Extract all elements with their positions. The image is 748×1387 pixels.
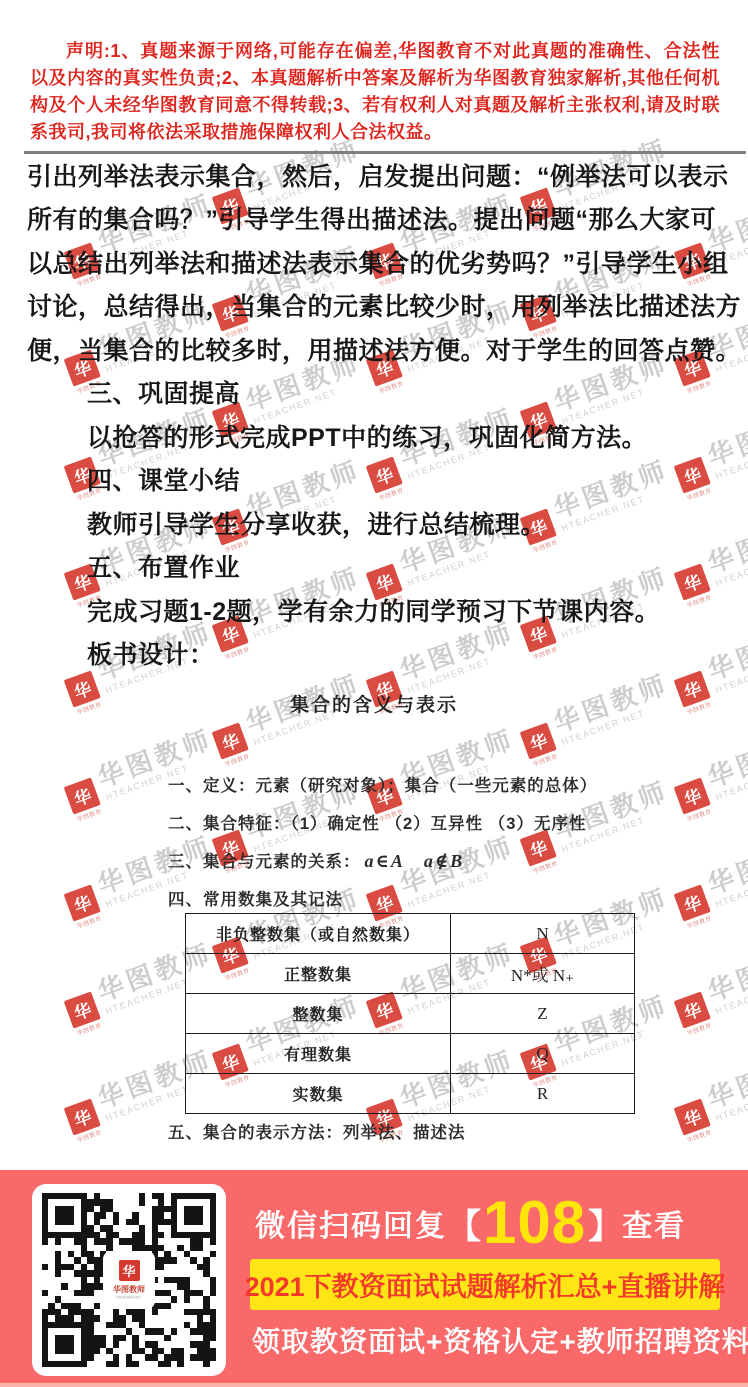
logo-glyph: 华 (122, 1261, 135, 1280)
board-item: 四、常用数集及其记法 (168, 879, 597, 917)
watermark-domain: HTEACHER.NET (714, 859, 748, 909)
watermark-logo-icon: 华华图教育 (674, 777, 715, 824)
huatu-logo-icon: 华 (119, 1260, 140, 1281)
board-list: 一、定义：元素（研究对象）；集合（一些元素的总体） 二、集合特征：（1）确定性 … (168, 765, 597, 917)
set-symbol-cell: Z (451, 994, 635, 1034)
set-symbol-cell: N*或 N₊ (451, 954, 635, 994)
watermark-tile: 华华图教育华图教师HTEACHER.NET (533, 721, 689, 769)
banner-line3: 领取教资面试+资格认定+教师招聘资料 (252, 1320, 748, 1360)
table-row: 实数集 R (186, 1074, 635, 1114)
set-symbol-cell: Q (451, 1034, 635, 1074)
document-page: 华华图教育华图教师HTEACHER.NET华华图教育华图教师HTEACHER.N… (0, 0, 748, 1387)
promo-banner: 华 华图教师 HTEACHER.NET 微信扫码回复 【 108 】 查看 20… (0, 1170, 748, 1387)
banner-line1-suffix: 查看 (622, 1201, 686, 1245)
watermark-logo-icon: 华华图教育 (674, 991, 715, 1038)
set-name-cell: 有理数集 (186, 1034, 451, 1074)
board-item: 一、定义：元素（研究对象）；集合（一些元素的总体） (168, 765, 597, 803)
watermark-logo-icon: 华华图教育 (520, 722, 561, 769)
watermark-tile: 华华图教育华图教师HTEACHER.NET (687, 883, 748, 931)
watermark-logo-icon: 华华图教育 (674, 884, 715, 931)
board-design-label: 板书设计： (27, 632, 727, 676)
body-line: 完成习题1-2题，学有余力的同学预习下节课内容。 (27, 588, 727, 632)
board-item: 三、集合与元素的关系：a∈A a∉B (168, 841, 597, 879)
bracket-close: 】 (588, 1199, 622, 1248)
watermark-logo-icon: 华华图教育 (212, 722, 253, 769)
watermark-brand: 华图教师 (704, 726, 748, 791)
banner-line1: 微信扫码回复 【 108 】 查看 (255, 1190, 686, 1256)
table-row: 非负整数集（或自然数集） N (186, 914, 635, 954)
set-name-cell: 整数集 (186, 994, 451, 1034)
set-symbol-cell: R (451, 1074, 635, 1114)
lesson-body: 引出列举法表示集合，然后，启发提出问题：“例举法可以表示 所有的集合吗？”引导学… (27, 153, 727, 675)
qr-logo-domain: HTEACHER.NET (117, 1296, 142, 1300)
watermark-domain: HTEACHER.NET (714, 752, 748, 802)
body-line: 教师引导学生分享收获，进行总结梳理。 (27, 501, 727, 545)
watermark-tile: 华华图教育华图教师HTEACHER.NET (225, 721, 381, 769)
table-row: 整数集 Z (186, 994, 635, 1034)
table-row: 正整数集 N*或 N₊ (186, 954, 635, 994)
reply-code: 108 (483, 1193, 586, 1253)
section-heading: 五、布置作业 (27, 545, 727, 589)
body-line: 引出列举法表示集合，然后，启发提出问题：“例举法可以表示 (27, 153, 727, 197)
bracket-open: 【 (447, 1199, 481, 1248)
set-symbol-cell: N (451, 914, 635, 954)
body-line: 便，当集合的比较多时，用描述法方便。对于学生的回答点赞。 (27, 327, 727, 371)
disclaimer-text: 声明:1、真题来源于网络,可能存在偏差,华图教育不对此真题的准确性、合法性以及内… (30, 38, 720, 146)
qr-logo-brand: 华图教师 (113, 1284, 145, 1295)
board-title: 集合的含义与表示 (0, 690, 748, 717)
qr-center-logo: 华 华图教师 HTEACHER.NET (105, 1253, 153, 1307)
watermark-logo-icon: 华华图教育 (64, 884, 105, 931)
watermark-brand: 华图教师 (704, 1047, 748, 1112)
watermark-logo-icon: 华华图教育 (674, 1098, 715, 1145)
watermark-brand: 华图教师 (704, 940, 748, 1005)
section-heading: 四、课堂小结 (27, 458, 727, 502)
set-membership-formula: a∈A a∉B (365, 847, 465, 873)
board-footer: 五、集合的表示方法：列举法、描述法 (168, 1112, 466, 1150)
set-name-cell: 实数集 (186, 1074, 451, 1114)
watermark-logo-icon: 华华图教育 (64, 991, 105, 1038)
watermark-domain: HTEACHER.NET (714, 966, 748, 1016)
section-heading: 三、巩固提高 (27, 371, 727, 415)
watermark-logo-icon: 华华图教育 (64, 777, 105, 824)
banner-bottom-strip (0, 1383, 748, 1387)
body-line: 以总结出列举法和描述法表示集合的优劣势吗？”引导学生小组 (27, 240, 727, 284)
number-sets-table: 非负整数集（或自然数集） N 正整数集 N*或 N₊ 整数集 Z 有理数集 Q … (185, 913, 635, 1114)
banner-highlight: 2021下教资面试试题解析汇总+直播讲解 (250, 1259, 720, 1310)
banner-line1-prefix: 微信扫码回复 (255, 1201, 447, 1245)
watermark-tile: 华华图教育华图教师HTEACHER.NET (687, 776, 748, 824)
body-line: 以抢答的形式完成PPT中的练习，巩固化简方法。 (27, 414, 727, 458)
table-row: 有理数集 Q (186, 1034, 635, 1074)
watermark-brand: 华图教师 (704, 833, 748, 898)
watermark-tile: 华华图教育华图教师HTEACHER.NET (687, 990, 748, 1038)
set-name-cell: 非负整数集（或自然数集） (186, 914, 451, 954)
board-item: 二、集合特征：（1）确定性 （2）互异性 （3）无序性 (168, 803, 597, 841)
watermark-logo-icon: 华华图教育 (64, 1098, 105, 1145)
watermark-domain: HTEACHER.NET (714, 1073, 748, 1123)
set-name-cell: 正整数集 (186, 954, 451, 994)
watermark-tile: 华华图教育华图教师HTEACHER.NET (687, 1097, 748, 1145)
board-item-text: 三、集合与元素的关系： (168, 848, 361, 872)
body-line: 所有的集合吗？”引导学生得出描述法。提出问题“那么大家可 (27, 197, 727, 241)
qr-card: 华 华图教师 HTEACHER.NET (32, 1184, 226, 1376)
body-line: 讨论，总结得出，当集合的元素比较少时，用列举法比描述法方 (27, 284, 727, 328)
